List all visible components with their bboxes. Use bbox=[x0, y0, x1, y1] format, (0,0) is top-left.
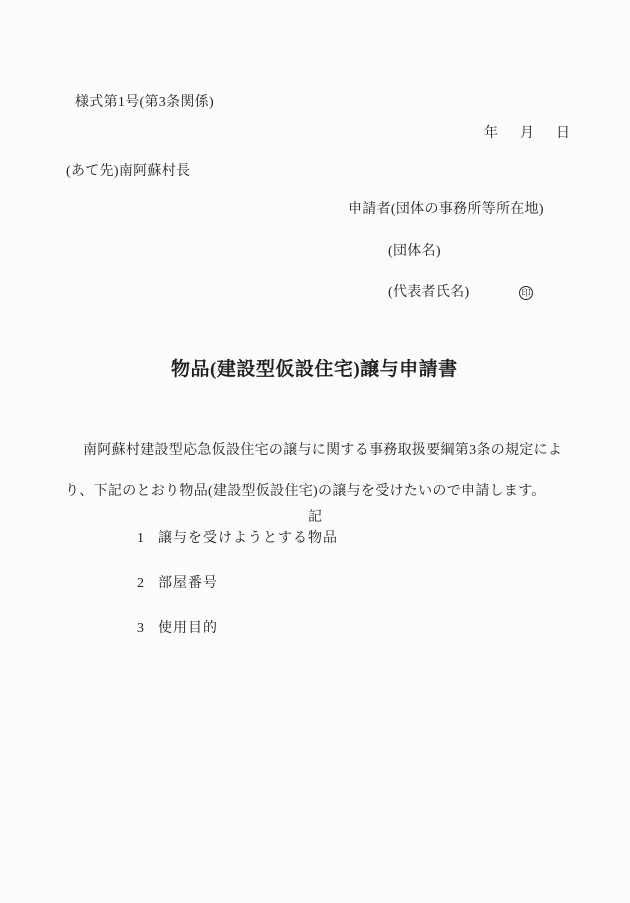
document-title: 物品(建設型仮設住宅)譲与申請書 bbox=[171, 360, 458, 379]
date-line: 年 月 日 bbox=[484, 127, 574, 141]
representative-name-label: (代表者氏名) bbox=[388, 286, 469, 300]
list-item-number: 1 bbox=[137, 531, 145, 546]
ki-section-marker: 記 bbox=[308, 511, 322, 525]
organization-name-label: (団体名) bbox=[388, 245, 441, 259]
applicant-address-label: 申請者(団体の事務所等所在地) bbox=[348, 203, 544, 217]
list-item: 3使用目的 bbox=[137, 622, 218, 636]
list-item: 2部屋番号 bbox=[137, 577, 218, 591]
list-item-number: 2 bbox=[137, 576, 145, 591]
seal-mark-icon: 印 bbox=[519, 286, 533, 300]
body-paragraph-line-2: り、下記のとおり物品(建設型仮設住宅)の譲与を受けたいので申請します。 bbox=[65, 485, 546, 499]
application-form-page: 様式第1号(第3条関係) 年 月 日 (あて先)南阿蘇村長 申請者(団体の事務所… bbox=[0, 0, 630, 903]
form-number: 様式第1号(第3条関係) bbox=[75, 96, 214, 110]
list-item-label: 部屋番号 bbox=[158, 576, 218, 591]
list-item-label: 使用目的 bbox=[158, 621, 218, 636]
addressee-line: (あて先)南阿蘇村長 bbox=[66, 165, 190, 179]
body-paragraph-line-1: 南阿蘇村建設型応急仮設住宅の譲与に関する事務取扱要綱第3条の規定によ bbox=[83, 444, 562, 458]
list-item-number: 3 bbox=[137, 621, 145, 636]
seal-mark-character: 印 bbox=[521, 289, 530, 298]
list-item: 1譲与を受けようとする物品 bbox=[137, 532, 338, 546]
list-item-label: 譲与を受けようとする物品 bbox=[158, 531, 338, 546]
